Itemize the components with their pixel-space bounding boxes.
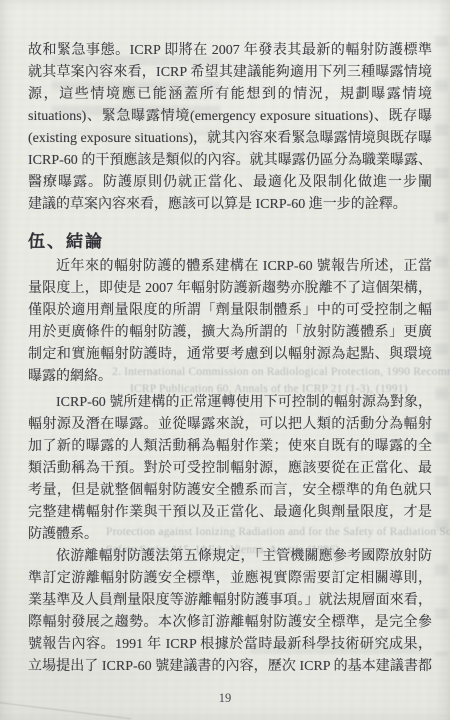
- text-line: ICRP-60 的干預應該是類似的內容。就其曝露仍區分為職業曝露、公眾曝露及: [28, 150, 432, 172]
- section-heading: 伍、結論: [28, 227, 104, 252]
- text-line: (existing exposure situations)，就其內容來看緊急曝…: [28, 128, 432, 150]
- text-line: 類活動稱為干預。對於可受控制輻射源，應該要從在正當化、最適化及劑量限度: [28, 458, 432, 480]
- text-line: 立場提出了 ICRP-60 號建議書的內容，歷次 ICRP 的基本建議書都會反映…: [28, 656, 432, 678]
- paragraph-continuation: 故和緊急事態。ICRP 即將在 2007 年發表其最新的輻射防護標準的建議書，就…: [28, 40, 432, 216]
- ghost-text-line: ICRP Publication 60, Annals of the ICRP …: [130, 382, 408, 396]
- ghost-text-line: Safety Series 115, IAEA, Vienna, Austria…: [106, 543, 339, 557]
- paragraph-conclusion-3: 依游離輻射防護法第五條規定，「主管機關應參考國際放射防護委員會最新標準訂定游離輻…: [28, 546, 432, 678]
- scanned-document-page: 故和緊急事態。ICRP 即將在 2007 年發表其最新的輻射防護標準的建議書，就…: [0, 0, 450, 720]
- ghost-text-line: 2. International Commission on Radiologi…: [112, 365, 450, 379]
- text-line: 考量，但是就整個輻射防護安全體系而言，安全標準的角色就只能算是限制化。: [28, 480, 432, 502]
- page-number: 19: [0, 691, 450, 706]
- text-line: 源，這些情境應已能涵蓋所有能想到的情況，規劃曝露情境(planned expos…: [28, 84, 432, 106]
- text-line: 完整建構輻射作業與干預以及正當化、最適化與劑量限度，才是整個完備的輻射: [28, 502, 432, 524]
- text-line: 故和緊急事態。ICRP 即將在 2007 年發表其最新的輻射防護標準的建議書，: [28, 40, 432, 62]
- text-line: 用於更廣條件的輻射防護，擴大為所謂的「放射防護體系」更廣的概念。故計畫: [28, 322, 432, 344]
- ghost-text-line: Protection against Ionizing Radiation an…: [106, 525, 450, 539]
- text-line: 號報告內容。1991 年 ICRP 根據於當時最新科學技術研究成果，以嚴謹、客觀…: [28, 634, 432, 656]
- text-line: 制定和實施輻射防護時，通常要考慮到以輻射源為起點、與環境途徑以及人構成: [28, 344, 432, 366]
- paragraph-conclusion-2: ICRP-60 號所建構的正常運轉使用下可控制的輻射源為對象，擴大到不可控制輻射…: [28, 392, 432, 546]
- text-line: 量限度上，即使是 2007 年輻射防護新趨勢亦脫離不了這個架構，輻射防護不是僅: [28, 278, 432, 300]
- text-line: 際輻射發展之趨勢。本次修訂游離輻射防護安全標準，是完全參考 1991 年 ICR…: [28, 612, 432, 634]
- bleed-through-smudge: [435, 36, 448, 656]
- text-line: 準訂定游離輻射防護安全標準，並應視實際需要訂定相關導則，規範輻射防護作: [28, 568, 432, 590]
- text-line: 業基準及人員劑量限度等游離輻射防護事項。」就法規層面來看，應時時注意國: [28, 590, 432, 612]
- text-line: 輻射源及潛在曝露。並從曝露來說，可以把人類的活動分為輻射作業和干預。增: [28, 414, 432, 436]
- text-line: 近年來的輻射防護的體系建構在 ICRP-60 號報告所述，正當化、最適化及劑: [28, 256, 432, 278]
- text-line: 加了新的曝露的人類活動稱為輻射作業；使來自既有的曝露的全部曝露降低的人: [28, 436, 432, 458]
- text-line: situations)、緊急曝露情境(emergency exposure si…: [28, 106, 432, 128]
- text-line: 建議的草案內容來看，應該可以算是 ICRP-60 進一步的詮釋。: [28, 194, 432, 216]
- text-line: 就其草案內容來看，ICRP 希望其建議能夠適用下列三種曝露情境下所有的射: [28, 62, 432, 84]
- text-line: 醫療曝露。防護原則仍就正當化、最適化及限制化做進一步闡述。就整個新: [28, 172, 432, 194]
- text-line: 僅限於適用劑量限度的所謂「劑量限制體系」中的可受控制之輻射源，而是可適: [28, 300, 432, 322]
